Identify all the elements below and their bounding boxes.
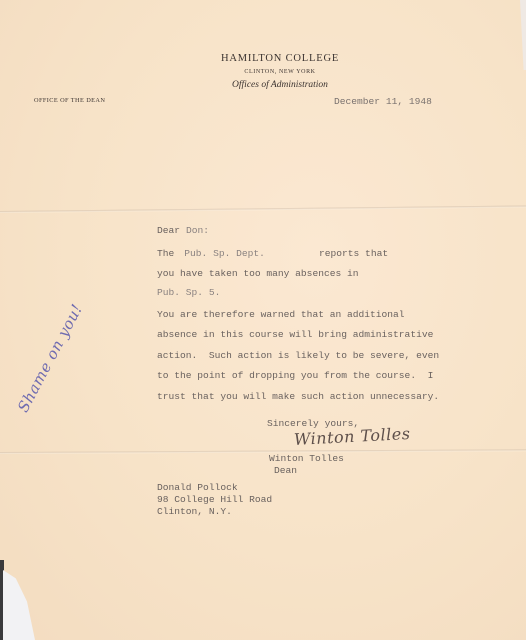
line1-end: reports that: [319, 248, 388, 259]
line1-start: The: [157, 248, 174, 259]
letter-page: HAMILTON COLLEGE CLINTON, NEW YORK Offic…: [0, 0, 526, 640]
handwritten-note: Shame on you!: [14, 301, 86, 415]
curled-corner: [0, 560, 40, 640]
salutation-name: Don:: [186, 225, 209, 236]
offices-subtitle: Offices of Administration: [180, 79, 380, 91]
salutation: DearDon:: [157, 225, 209, 236]
body-line-2: you have taken too many absences in: [157, 268, 359, 279]
department-field: Pub. Sp. Dept.: [184, 248, 265, 259]
fold-line-upper: [0, 205, 526, 213]
fold-line-lower: [0, 449, 526, 454]
letterhead: HAMILTON COLLEGE CLINTON, NEW YORK Offic…: [180, 52, 380, 91]
letter-date: December 11, 1948: [334, 96, 432, 107]
signer-title: Dean: [274, 465, 297, 476]
office-label: OFFICE OF THE DEAN: [34, 97, 105, 104]
salutation-word: Dear: [157, 225, 180, 236]
signer-name: Winton Tolles: [269, 453, 344, 464]
body-line-1: ThePub. Sp. Dept.reports that: [157, 248, 265, 259]
recipient-address: Donald Pollock 98 College Hill Road Clin…: [157, 482, 272, 519]
course-field: Pub. Sp. 5.: [157, 287, 220, 298]
corner-shadow: [0, 560, 4, 640]
college-location: CLINTON, NEW YORK: [180, 68, 380, 76]
corner-background: [3, 570, 35, 640]
college-name: HAMILTON COLLEGE: [180, 52, 380, 65]
paper-edge: [520, 0, 526, 70]
body-paragraph: You are therefore warned that an additio…: [157, 305, 439, 407]
